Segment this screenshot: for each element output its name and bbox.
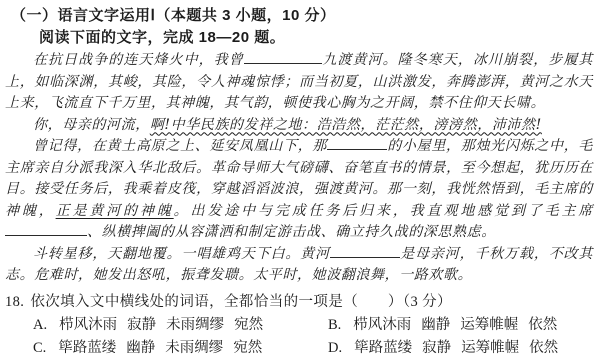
passage-text: 曾记得，在黄土高原之上、延安凤凰山下，那 <box>33 138 327 154</box>
fill-in-blank-line <box>244 50 322 64</box>
passage-paragraph: 斗转星移，天翻地覆。一唱雄鸡天下白。黄河是母亲河，千秋万载，不改其志。危难时，她… <box>5 244 593 287</box>
option-label: A. <box>33 317 47 333</box>
option-word: 运筹帷幄 <box>461 340 519 356</box>
question-number: 18. <box>5 294 24 310</box>
option-C: C.筚路蓝缕幽静未雨绸缪宛然 <box>33 337 328 359</box>
option-word: 未雨绸缪 <box>165 340 223 356</box>
fill-in-blank-line <box>5 222 87 236</box>
option-word: 依然 <box>528 317 557 333</box>
option-word: 幽静 <box>421 317 450 333</box>
option-label: D. <box>328 340 342 356</box>
option-word: 幽静 <box>126 340 155 356</box>
option-label: C. <box>33 340 46 356</box>
option-word: 依然 <box>529 340 558 356</box>
option-word: 筚路蓝缕 <box>58 340 116 356</box>
question-18: 18.依次填入文中横线处的词语，全都恰当的一项是（ ）（3 分） A.栉风沐雨寂… <box>5 291 593 359</box>
option-word: 宛然 <box>233 340 262 356</box>
option-word: 寂静 <box>422 340 451 356</box>
passage-text: 、纵横捭阖的从容潇洒和制定游击战、确立持久战的深思熟虑。 <box>87 224 496 240</box>
option-word: 未雨绸缪 <box>166 317 224 333</box>
passage-paragraph: 你，母亲的河流，啊!中华民族的发祥之地：浩浩然，茫茫然，滂滂然，沛沛然! <box>5 115 593 137</box>
passage-paragraph: 曾记得，在黄土高原之上、延安凤凰山下，那的小屋里，那烛光闪烁之中，毛主席亲自分派… <box>5 136 593 244</box>
underlined-text: 正是黄河的神魄 <box>56 203 174 219</box>
option-B: B.栉风沐雨幽静运筹帷幄依然 <box>328 314 593 336</box>
option-D: D.筚路蓝缕寂静运筹帷幄依然 <box>328 337 593 359</box>
passage-text: 斗转星移，天翻地覆。一唱雄鸡天下白。黄河 <box>33 246 330 262</box>
section-title: （一）语言文字运用Ⅰ（本题共 3 小题，10 分） <box>11 5 593 27</box>
option-label: B. <box>328 317 341 333</box>
option-word: 栉风沐雨 <box>353 317 411 333</box>
wavy-underlined-text: 啊!中华民族的发祥之地：浩浩然，茫茫然，滂滂然，沛沛然! <box>150 117 542 133</box>
passage-text: 你，母亲的河流， <box>33 117 150 133</box>
exam-page: （一）语言文字运用Ⅰ（本题共 3 小题，10 分） 阅读下面的文字，完成 18—… <box>0 0 597 359</box>
passage: 在抗日战争的连天烽火中，我曾九渡黄河。隆冬寒天，冰川崩裂，步履其上，如临深渊，其… <box>5 50 593 287</box>
option-word: 寂静 <box>127 317 156 333</box>
passage-text: 在抗日战争的连天烽火中，我曾 <box>33 52 244 68</box>
options-grid: A.栉风沐雨寂静未雨绸缪宛然B.栉风沐雨幽静运筹帷幄依然C.筚路蓝缕幽静未雨绸缪… <box>33 314 593 359</box>
question-stem-text: 依次填入文中横线处的词语，全都恰当的一项是（ ）（3 分） <box>30 294 452 310</box>
passage-paragraph: 在抗日战争的连天烽火中，我曾九渡黄河。隆冬寒天，冰川崩裂，步履其上，如临深渊，其… <box>5 50 593 115</box>
question-stem: 18.依次填入文中横线处的词语，全都恰当的一项是（ ）（3 分） <box>5 291 593 313</box>
fill-in-blank-line <box>327 136 387 150</box>
option-word: 栉风沐雨 <box>59 317 117 333</box>
passage-text: 。出发途中与完成任务后归来，我直观地感觉到了毛主席 <box>174 203 593 219</box>
fill-in-blank-line <box>330 244 400 258</box>
option-word: 筚路蓝缕 <box>354 340 412 356</box>
option-A: A.栉风沐雨寂静未雨绸缪宛然 <box>33 314 328 336</box>
option-word: 宛然 <box>234 317 263 333</box>
reading-instruction: 阅读下面的文字，完成 18—20 题。 <box>39 27 593 49</box>
option-word: 运筹帷幄 <box>460 317 518 333</box>
